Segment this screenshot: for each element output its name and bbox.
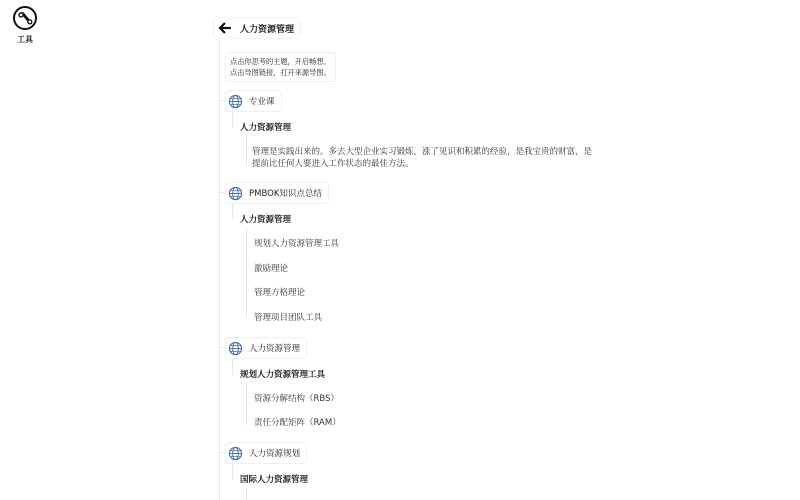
category-node[interactable]: 专业课 [225, 90, 282, 112]
leaf-node[interactable]: 责任分配矩阵（RAM） [252, 415, 343, 431]
leaf-node[interactable]: 资源分解结构（RBS） [252, 391, 341, 407]
tree-line [246, 136, 247, 166]
category-node[interactable]: 人力资源管理 [225, 337, 307, 359]
hint-box: 点击你思考的主题，开启畅想。 点击导图链接，打开来源导图。 [225, 52, 336, 82]
globe-icon [228, 94, 243, 109]
tree-line [246, 488, 247, 500]
category-label: 专业课 [249, 95, 275, 107]
category-label: PMBOK知识点总结 [249, 187, 322, 199]
category-label: 人力资源管理 [249, 342, 300, 354]
globe-icon [228, 341, 243, 356]
tree-line [219, 39, 220, 500]
arrow-left-icon[interactable] [218, 22, 232, 34]
globe-icon [228, 186, 243, 201]
topic-node[interactable]: 国际人力资源管理 [238, 472, 310, 488]
tree-line [232, 204, 233, 220]
wrench-icon [13, 6, 37, 30]
mindmap-outline: 人力资源管理 点击你思考的主题，开启畅想。 点击导图链接，打开来源导图。 专业课… [210, 0, 800, 500]
category-node[interactable]: PMBOK知识点总结 [225, 182, 329, 204]
leaf-node[interactable]: 管理方格理论 [252, 285, 307, 301]
page-title: 人力资源管理 [240, 22, 294, 35]
page-header: 人力资源管理 [213, 17, 301, 39]
tree-line [246, 383, 247, 425]
globe-icon [228, 446, 243, 461]
tree-line [232, 359, 233, 375]
note-text[interactable]: 管理是实践出来的。多去大型企业实习锻炼，涨了见识和积累的经验，是我宝贵的财富，是… [252, 146, 592, 170]
tree-line [246, 228, 247, 318]
topic-node[interactable]: 人力资源管理 [238, 212, 293, 228]
topic-node[interactable]: 人力资源管理 [238, 120, 293, 136]
tool-label: 工具 [17, 34, 33, 45]
topic-node[interactable]: 规划人力资源管理工具 [238, 367, 327, 383]
tree-line [232, 112, 233, 128]
category-label: 人力资源规划 [249, 447, 300, 459]
leaf-node[interactable]: 激励理论 [252, 261, 290, 277]
tool-button[interactable]: 工具 [12, 6, 38, 45]
hint-line: 点击你思考的主题，开启畅想。 [230, 56, 331, 67]
tree-line [232, 464, 233, 480]
leaf-node[interactable]: 管理项目团队工具 [252, 310, 324, 326]
category-node[interactable]: 人力资源规划 [225, 442, 307, 464]
hint-line: 点击导图链接，打开来源导图。 [230, 67, 331, 78]
leaf-node[interactable]: 规划人力资源管理工具 [252, 236, 341, 252]
